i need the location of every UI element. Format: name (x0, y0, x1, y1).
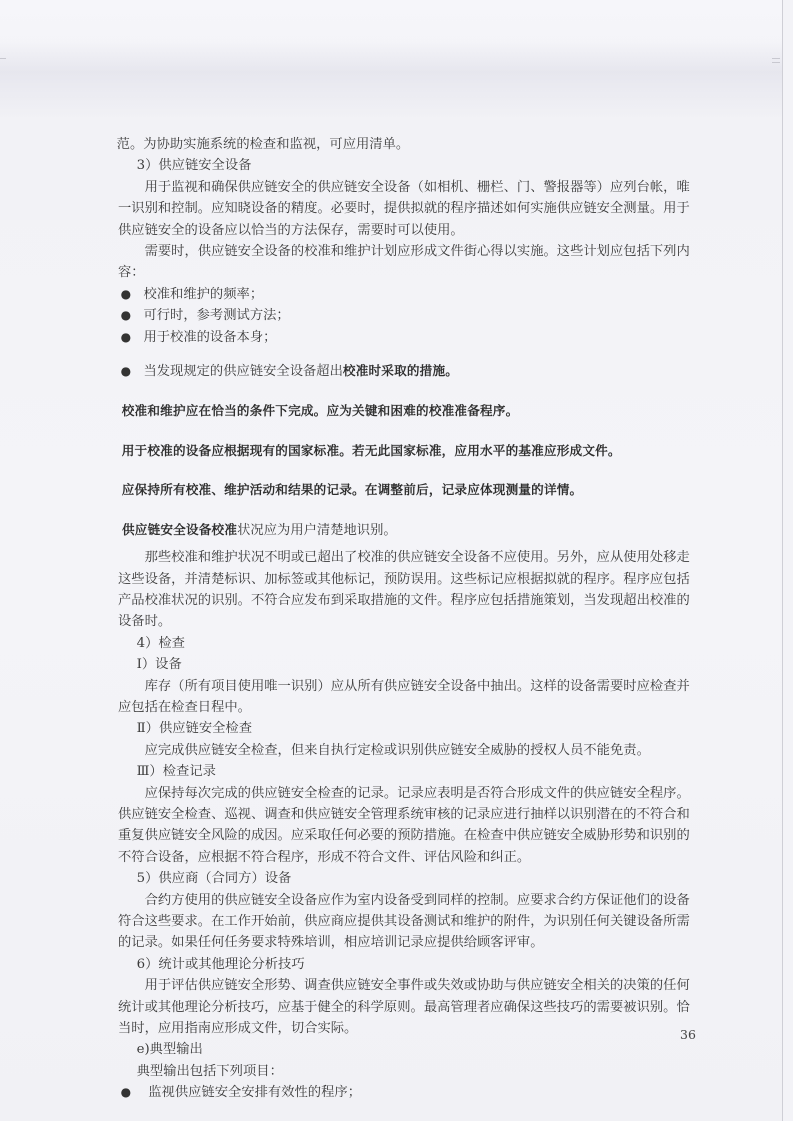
list-item-text: 可行时，参考测试方法； (143, 305, 289, 326)
section-heading-inspection: 4）检查 (118, 633, 693, 654)
sans-paragraph: 用于校准的设备应根据现有的国家标准。若无此国家标准，应用水平的基准应形成文件。 (122, 440, 693, 461)
section-heading-typical-output: e)典型输出 (118, 1039, 693, 1060)
section-heading-equipment: 3）供应链安全设备 (118, 155, 693, 176)
list-item-text-bold: 校准时采取的措施。 (343, 363, 458, 378)
paragraph: 库存（所有项目使用唯一识别）应从所有供应链安全设备中抽出。这样的设备需要时应检查… (118, 676, 693, 719)
sans-paragraph: 校准和维护应在恰当的条件下完成。应为关键和困难的校准准备程序。 (122, 400, 693, 421)
paragraph: 合约方使用的供应链安全设备应作为室内设备受到同样的控制。应要求合约方保证他们的设… (118, 890, 693, 954)
list-item: ● 监视供应链安全安排有效性的程序； (118, 1082, 693, 1103)
list-item-text-plain: 当发现规定的供应链安全设备超出 (143, 364, 342, 379)
paragraph: 用于监视和确保供应链安全的供应链安全设备（如相机、栅栏、门、警报器等）应列台帐，… (118, 177, 693, 241)
page-body: 范。为协助实施系统的检查和监视，可应用清单。 3）供应链安全设备 用于监视和确保… (118, 134, 693, 1104)
list-item-text: 用于校准的设备本身； (143, 327, 276, 348)
paragraph: 用于评估供应链安全形势、调查供应链安全事件或失效或协助与供应链安全相关的决策的任… (118, 975, 693, 1039)
paragraph: 应保持每次完成的供应链安全检查的记录。记录应表明是否符合形成文件的供应链安全程序… (118, 783, 693, 869)
list-item-text: 监视供应链安全安排有效性的程序； (148, 1082, 361, 1103)
section-heading-statistics: 6）统计或其他理论分析技巧 (118, 954, 693, 975)
mixed-paragraph-plain: 状况应为用户清楚地识别。 (237, 523, 397, 538)
scan-artifact (0, 40, 782, 120)
list-item: ● 当发现规定的供应链安全设备超出校准时采取的措施。 (118, 360, 693, 382)
sans-paragraph: 应保持所有校准、维护活动和结果的记录。在调整前后，记录应体现测量的详情。 (122, 479, 693, 500)
document-page: 范。为协助实施系统的检查和监视，可应用清单。 3）供应链安全设备 用于监视和确保… (0, 0, 783, 1121)
paragraph: 应完成供应链安全检查，但来自执行定检或识别供应链安全威胁的授权人员不能免责。 (118, 740, 693, 761)
paragraph: 那些校准和维护状况不明或已超出了校准的供应链安全设备不应使用。另外，应从使用处移… (118, 547, 693, 633)
list-item: ● 用于校准的设备本身； (118, 327, 693, 348)
list-item-text: 当发现规定的供应链安全设备超出校准时采取的措施。 (143, 360, 458, 382)
paragraph: 需要时，供应链安全设备的校准和维护计划应形成文件街心得以实施。这些计划应包括下列… (118, 241, 693, 284)
mixed-paragraph: 供应链安全设备校准状况应为用户清楚地识别。 (122, 519, 693, 541)
subheading-equipment: Ⅰ）设备 (118, 654, 693, 675)
page-number: 36 (680, 1027, 696, 1042)
continuation-text: 范。为协助实施系统的检查和监视，可应用清单。 (117, 134, 693, 155)
list-item: ● 可行时，参考测试方法； (118, 305, 693, 326)
subheading-security-inspection: Ⅱ）供应链安全检查 (118, 718, 693, 739)
margin-mark (772, 62, 780, 63)
paragraph: 典型输出包括下列项目： (118, 1061, 693, 1082)
margin-mark (772, 58, 780, 59)
bullet-icon: ● (121, 305, 144, 326)
list-item: ● 校准和维护的频率； (118, 284, 693, 305)
list-item-text: 校准和维护的频率； (143, 284, 263, 305)
mixed-paragraph-bold: 供应链安全设备校准 (122, 522, 237, 537)
subheading-inspection-records: Ⅲ）检查记录 (118, 761, 693, 782)
section-heading-supplier-equipment: 5）供应商（合同方）设备 (118, 868, 693, 889)
bullet-icon: ● (121, 361, 144, 382)
bullet-icon: ● (121, 284, 144, 305)
bullet-icon: ● (121, 327, 144, 348)
margin-mark (0, 58, 6, 59)
bullet-icon: ● (121, 1082, 149, 1103)
